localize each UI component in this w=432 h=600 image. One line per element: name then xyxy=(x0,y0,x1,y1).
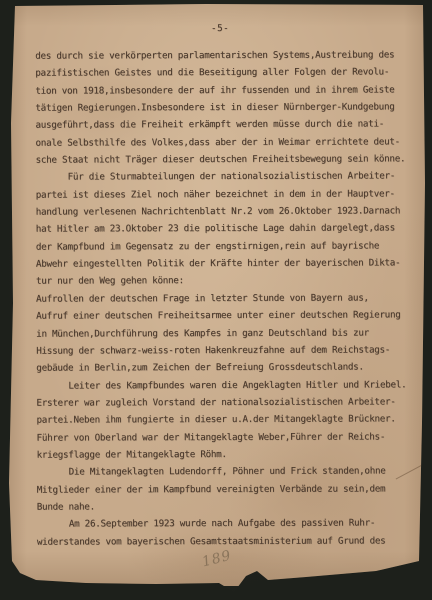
document-line: tur nur den Weg gehen könne: xyxy=(36,272,406,291)
document-line: des durch sie verkörperten parlamentaris… xyxy=(35,46,405,65)
document-text: -5- des durch sie verkörperten parlament… xyxy=(35,22,407,550)
document-line: Führer von Oberland war der Mitangeklagt… xyxy=(36,428,406,447)
document-line: handlung verlesenen Nachrichtenblatt Nr.… xyxy=(36,202,406,221)
document-line: Hissung der schwarz-weiss-roten Hakenkre… xyxy=(36,341,406,360)
document-line: Abwehr eingestellten Politik der Kräfte … xyxy=(36,254,406,273)
page-number: -5- xyxy=(35,22,405,40)
document-line: Die Mitangeklagten Ludendorff, Pöhner un… xyxy=(37,463,407,482)
document-line: widerstandes vom bayerischen Gesamtstaat… xyxy=(37,532,407,551)
document-line: pazifistischen Geistes und die Beseitigu… xyxy=(35,64,405,83)
document-line: sche Staat nicht Träger dieser deutschen… xyxy=(36,150,406,169)
document-line: tätigen Regierungen.Insbesondere ist in … xyxy=(35,98,405,117)
document-line: ausgeführt,dass die Freiheit erkämpft we… xyxy=(35,116,405,135)
document-line: Mitglieder einer der im Kampfbund verein… xyxy=(37,480,407,499)
document-line: kriegsflagge der Mitangeklagte Röhm. xyxy=(37,445,407,464)
document-line: Aufruf einer deutschen Freiheitsarmee un… xyxy=(36,307,406,326)
document-line: Am 26.September 1923 wurde nach Aufgabe … xyxy=(37,515,407,534)
scanner-background: { "document": { "page_number": "-5-", "p… xyxy=(0,0,432,600)
document-line: gebäude in Berlin,zum Zeichen der Befrei… xyxy=(36,359,406,378)
document-line: hat Hitler am 23.Oktober 23 die politisc… xyxy=(36,220,406,239)
text-block: des durch sie verkörperten parlamentaris… xyxy=(35,46,407,550)
document-line: onale Selbsthilfe des Volkes,dass aber d… xyxy=(35,133,405,152)
document-line: Für die Sturmabteilungen der nationalsoz… xyxy=(36,168,406,187)
document-page: -5- des durch sie verkörperten parlament… xyxy=(6,3,425,586)
document-line: tion von 1918,insbesondere der auf ihr f… xyxy=(35,81,405,100)
document-line: Leiter des Kampfbundes waren die Angekla… xyxy=(36,376,406,395)
document-line: der Kampfbund im Gegensatz zu der engsti… xyxy=(36,237,406,256)
document-line: partei.Neben ihm fungierte in dieser u.A… xyxy=(36,411,406,430)
document-line: Bunde nahe. xyxy=(37,497,407,516)
document-line: partei ist dieses Ziel noch näher bezeic… xyxy=(36,185,406,204)
document-line: Aufrollen der deutschen Frage in letzter… xyxy=(36,289,406,308)
document-line: in München,Durchführung des Kampfes in g… xyxy=(36,324,406,343)
pencil-annotation: 189 xyxy=(201,548,234,571)
document-line: Ersterer war zugleich Vorstand der natio… xyxy=(36,393,406,412)
